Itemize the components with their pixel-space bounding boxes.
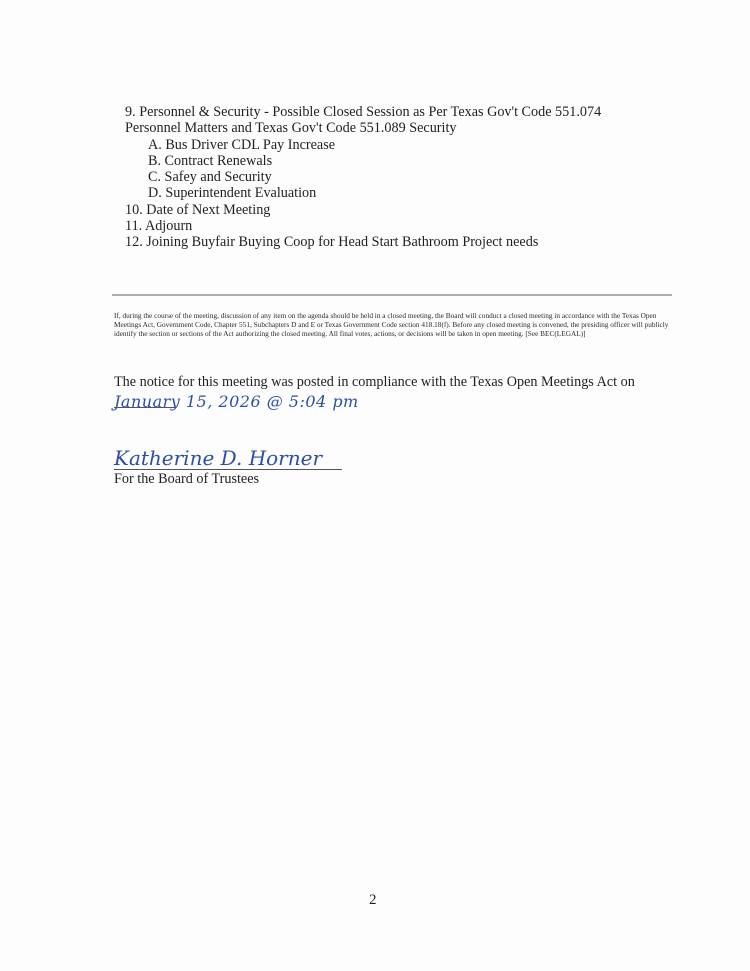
posting-statement: The notice for this meeting was posted i… xyxy=(114,374,635,391)
agenda-item-11: 11. Adjourn xyxy=(125,218,601,234)
agenda-subitem: D. Superintendent Evaluation xyxy=(125,185,601,201)
agenda-item-9-line-1: 9. Personnel & Security - Possible Close… xyxy=(125,104,601,120)
closed-meeting-notice: If, during the course of the meeting, di… xyxy=(114,312,674,339)
signature-line xyxy=(114,469,342,470)
agenda-item-10: 10. Date of Next Meeting xyxy=(125,202,601,218)
agenda-item-9-line-2: Personnel Matters and Texas Gov't Code 5… xyxy=(125,120,601,136)
agenda-item-12: 12. Joining Buyfair Buying Coop for Head… xyxy=(125,234,601,250)
page-number: 2 xyxy=(369,892,377,909)
agenda-subitem: C. Safey and Security xyxy=(125,169,601,185)
agenda-subitem: B. Contract Renewals xyxy=(125,153,601,169)
agenda-subitem: A. Bus Driver CDL Pay Increase xyxy=(125,137,601,153)
handwritten-posting-date: January 15, 2026 @ 5:04 pm xyxy=(114,392,359,411)
handwritten-date-text: January 15, 2026 @ 5:04 pm xyxy=(114,392,359,411)
divider xyxy=(112,294,672,296)
agenda-list: 9. Personnel & Security - Possible Close… xyxy=(125,104,601,251)
date-underline xyxy=(114,407,176,408)
handwritten-signature: Katherine D. Horner xyxy=(114,446,322,470)
signature-caption: For the Board of Trustees xyxy=(114,471,259,488)
